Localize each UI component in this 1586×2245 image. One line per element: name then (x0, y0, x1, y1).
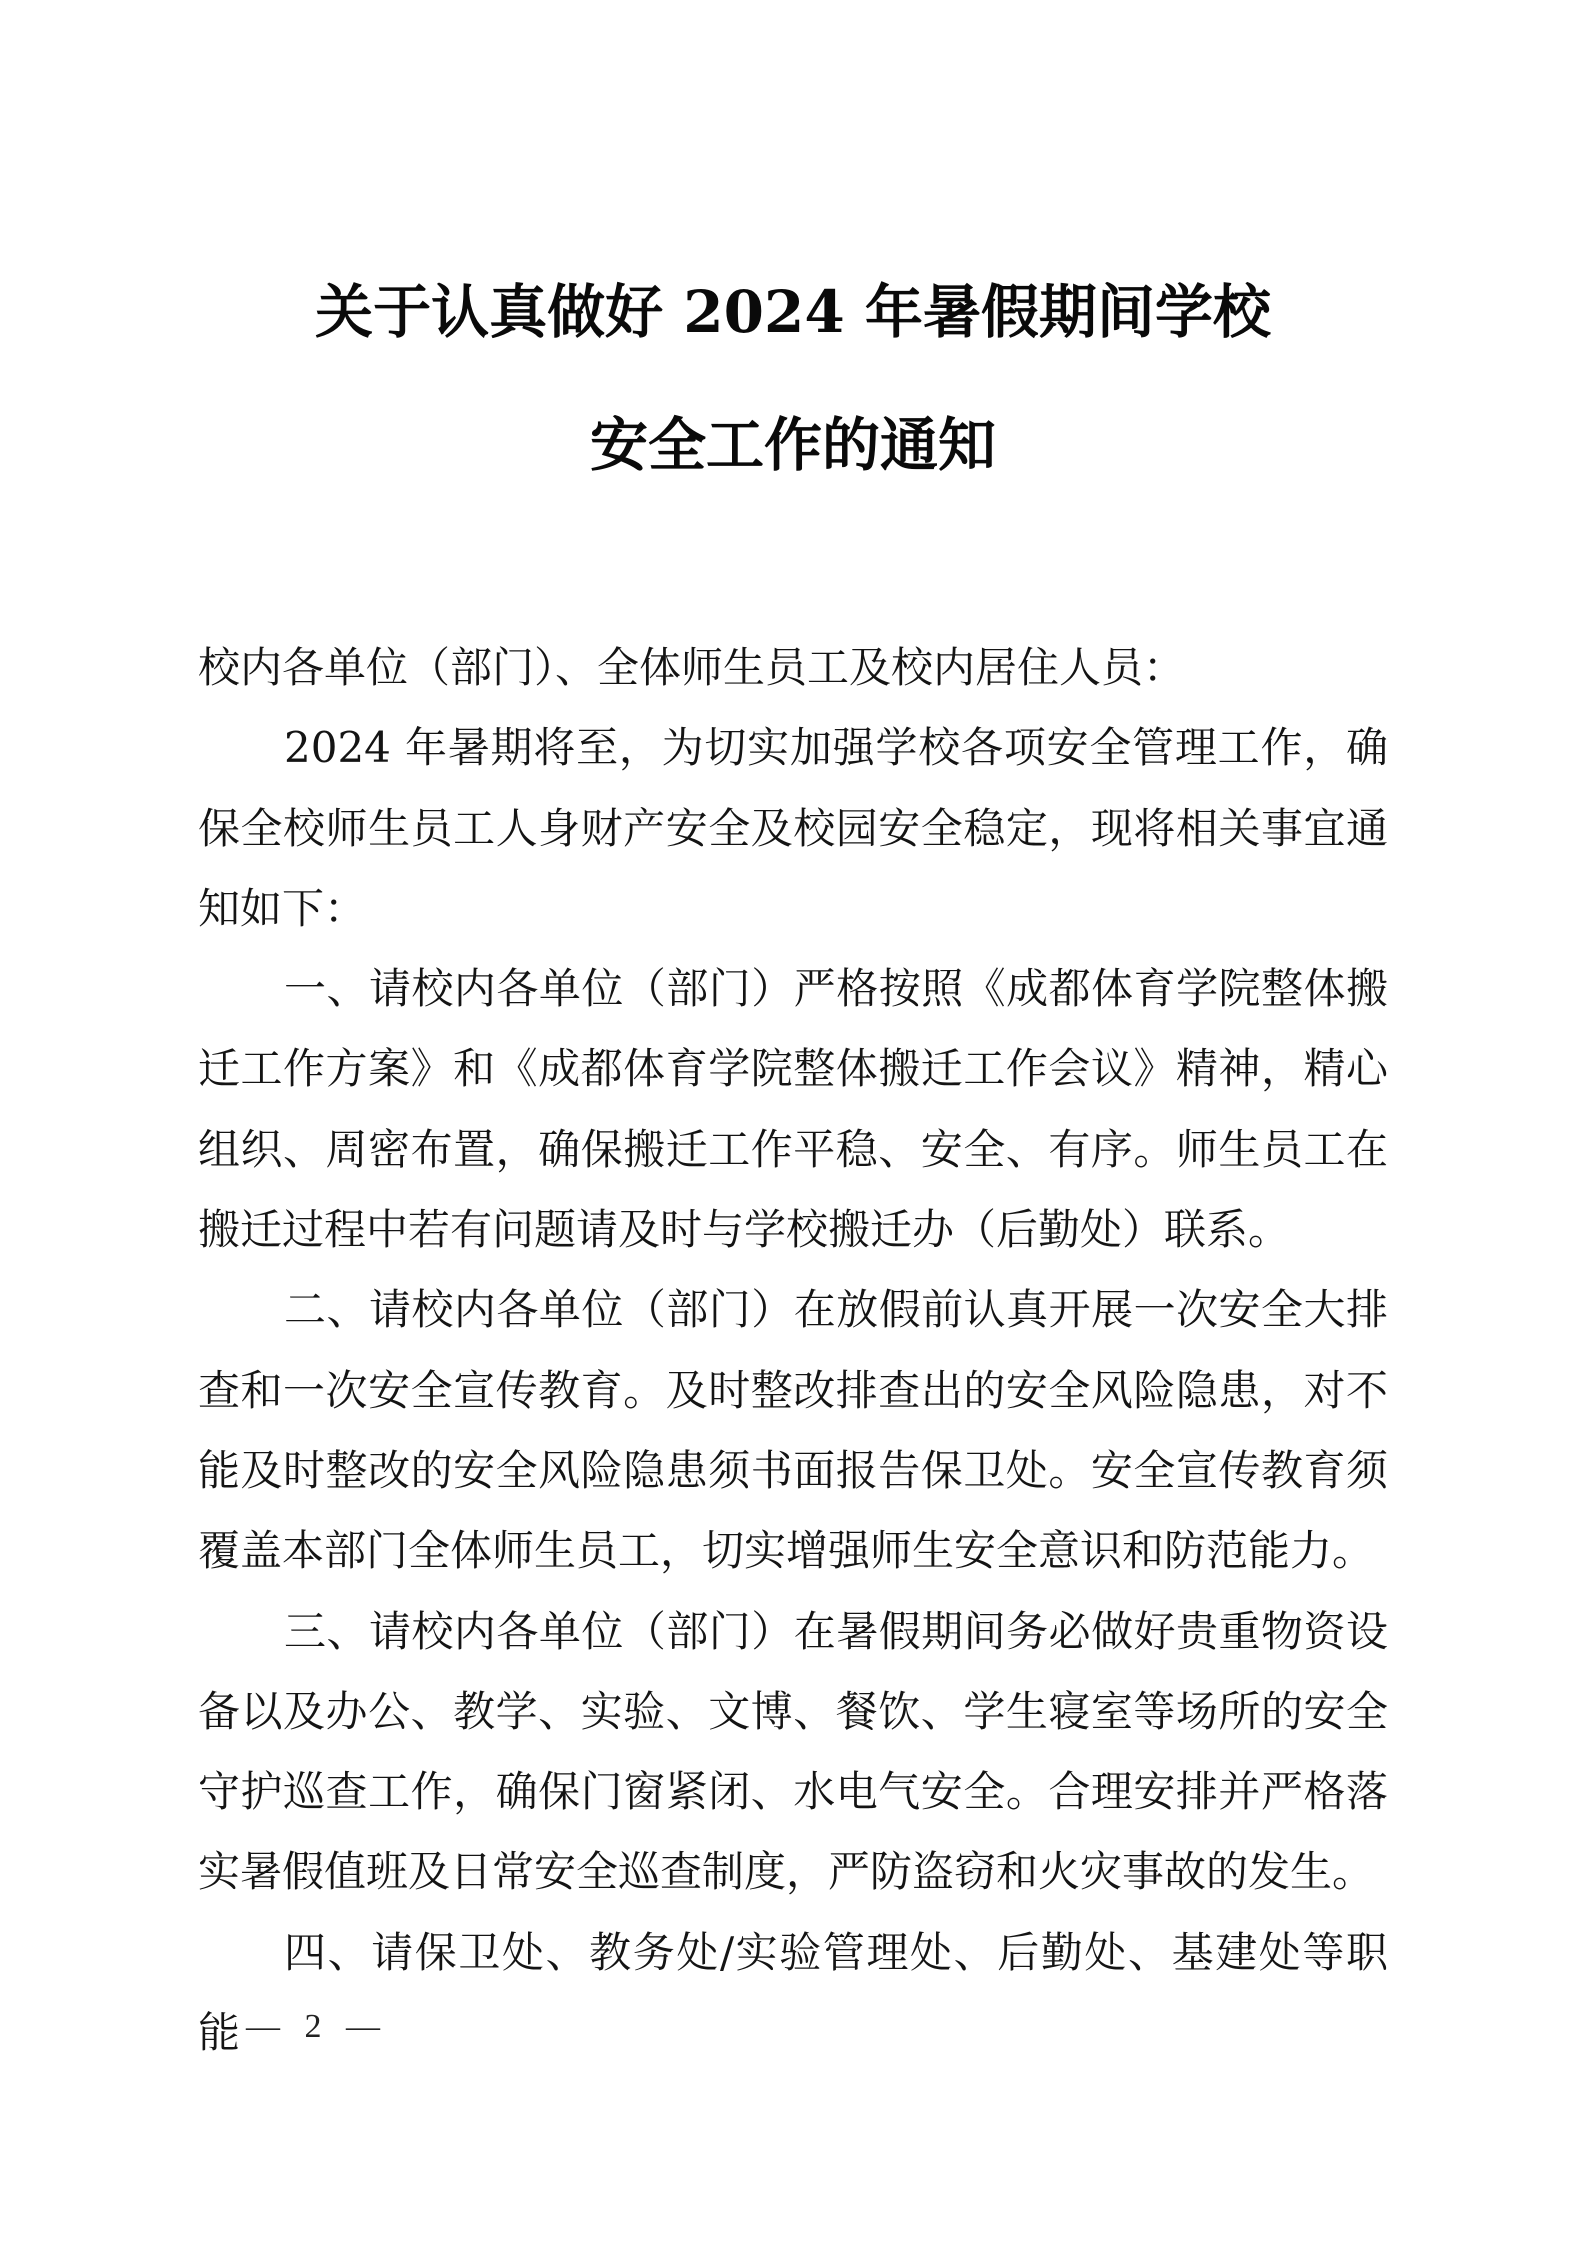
document-title-line-1: 关于认真做好 2024 年暑假期间学校 (0, 277, 1586, 347)
item-3-paragraph: 三、请校内各单位（部门）在暑假期间务必做好贵重物资设备以及办公、教学、实验、文博… (198, 1592, 1388, 1913)
salutation: 校内各单位（部门）、全体师生员工及校内居住人员： (198, 628, 1388, 708)
item-4-paragraph: 四、请保卫处、教务处/实验管理处、后勤处、基建处等职能 (198, 1913, 1388, 2074)
intro-paragraph: 2024 年暑期将至，为切实加强学校各项安全管理工作，确保全校师生员工人身财产安… (198, 708, 1388, 949)
document-body: 校内各单位（部门）、全体师生员工及校内居住人员： 2024 年暑期将至，为切实加… (198, 628, 1388, 2073)
item-1-paragraph: 一、请校内各单位（部门）严格按照《成都体育学院整体搬迁工作方案》和《成都体育学院… (198, 949, 1388, 1270)
document-title-line-2: 安全工作的通知 (0, 410, 1586, 480)
page-number: — 2 — (246, 2008, 388, 2046)
item-2-paragraph: 二、请校内各单位（部门）在放假前认真开展一次安全大排查和一次安全宣传教育。及时整… (198, 1270, 1388, 1591)
document-page: 关于认真做好 2024 年暑假期间学校 安全工作的通知 校内各单位（部门）、全体… (0, 0, 1586, 2245)
